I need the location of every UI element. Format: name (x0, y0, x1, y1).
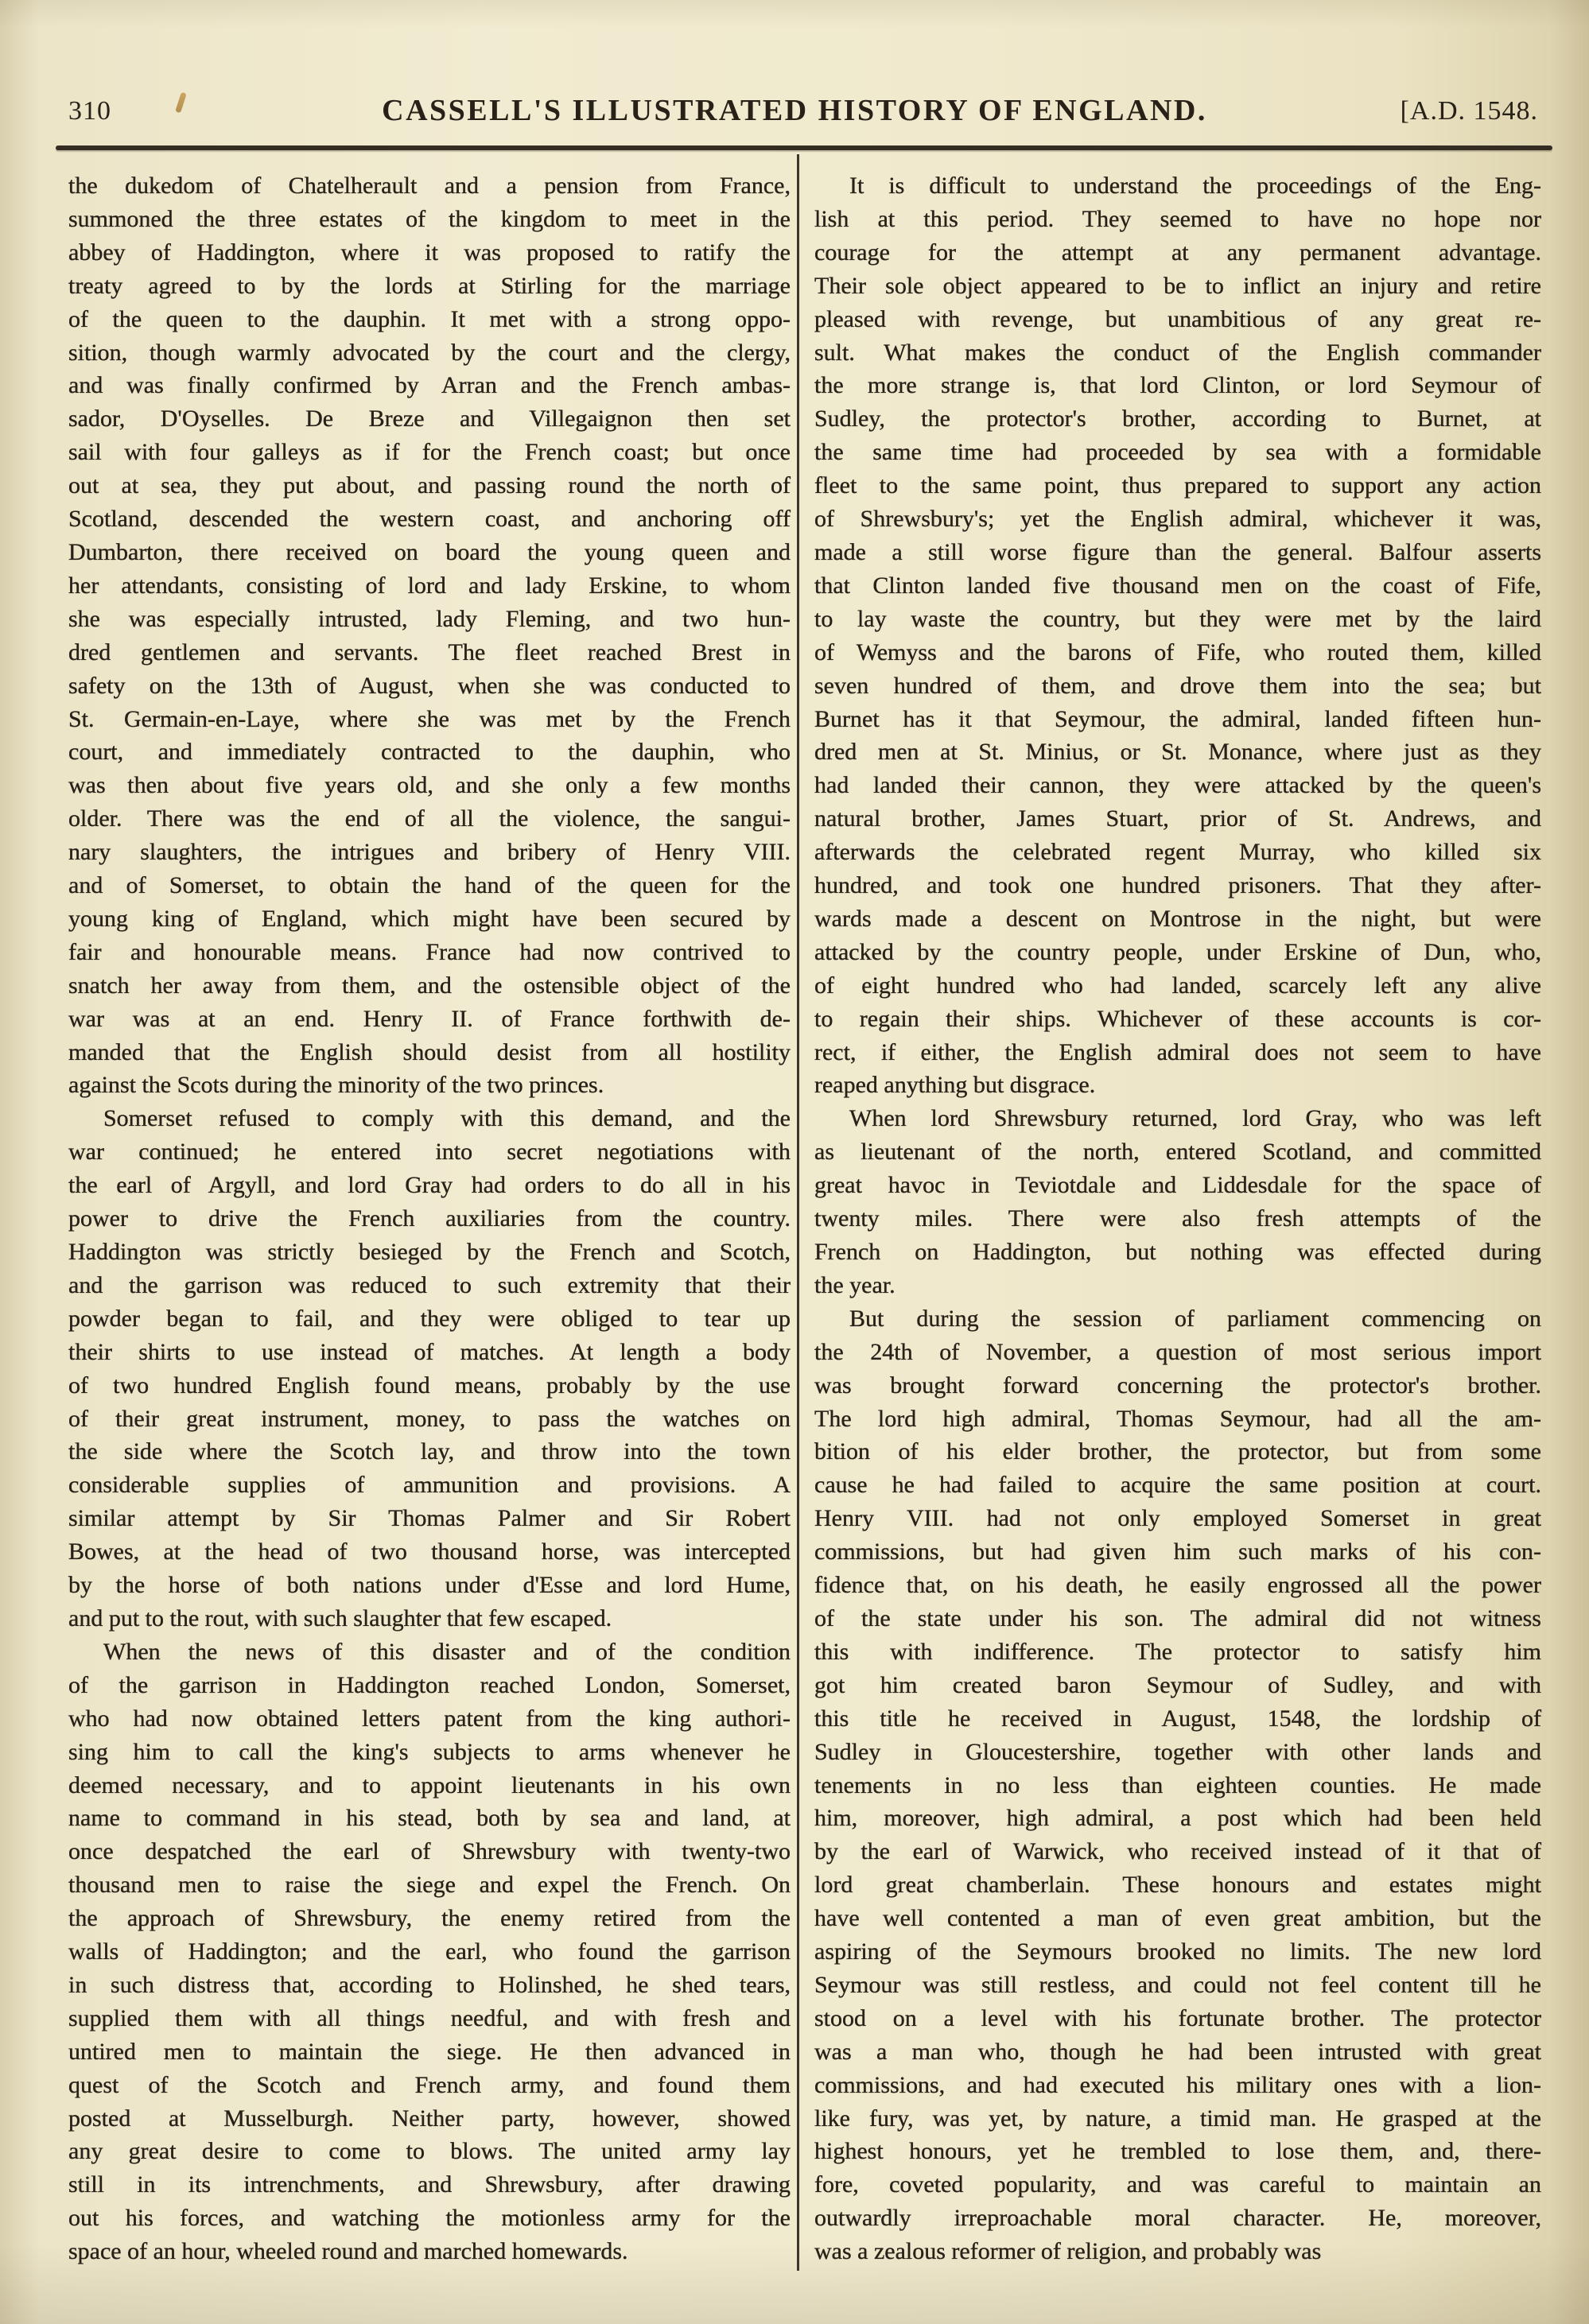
text-line: by the earl of Warwick, who received ins… (814, 1835, 1541, 1868)
text-line: was then about five years old, and she o… (68, 769, 791, 802)
text-line: But during the session of parliament com… (814, 1302, 1541, 1336)
text-line: Bowes, at the head of two thousand horse… (68, 1535, 791, 1569)
text-line: she was especially intrusted, lady Flemi… (68, 603, 791, 636)
text-line: commissions, and had executed his milita… (814, 2069, 1541, 2102)
text-line: deemed necessary, and to appoint lieuten… (68, 1769, 791, 1802)
text-line: fidence that, on his death, he easily en… (814, 1569, 1541, 1602)
text-line: the earl of Argyll, and lord Gray had or… (68, 1169, 791, 1202)
text-line: commissions, but had given him such mark… (814, 1535, 1541, 1569)
text-line: lord great chamberlain. These honours an… (814, 1868, 1541, 1902)
text-line: afterwards the celebrated regent Murray,… (814, 836, 1541, 869)
text-line: similar attempt by Sir Thomas Palmer and… (68, 1502, 791, 1535)
text-line: twenty miles. There were also fresh atte… (814, 1202, 1541, 1236)
left-column: the dukedom of Chatelherault and a pensi… (68, 169, 791, 2268)
text-line: as lieutenant of the north, entered Scot… (814, 1135, 1541, 1169)
text-line: considerable supplies of ammunition and … (68, 1469, 791, 1502)
text-line: space of an hour, wheeled round and marc… (68, 2235, 791, 2268)
text-line: seven hundred of them, and drove them in… (814, 669, 1541, 703)
text-line: the more strange is, that lord Clinton, … (814, 369, 1541, 402)
text-line: was brought forward concerning the prote… (814, 1369, 1541, 1403)
text-line: reaped anything but disgrace. (814, 1069, 1541, 1102)
text-line: by the horse of both nations under d'Ess… (68, 1569, 791, 1602)
text-line: that Clinton landed five thousand men on… (814, 569, 1541, 603)
text-line: manded that the English should desist fr… (68, 1036, 791, 1069)
text-line: wards made a descent on Montrose in the … (814, 902, 1541, 936)
text-line: and the garrison was reduced to such ext… (68, 1269, 791, 1302)
text-line: rect, if either, the English admiral doe… (814, 1036, 1541, 1069)
text-line: St. Germain-en-Laye, where she was met b… (68, 703, 791, 736)
text-line: posted at Musselburgh. Neither party, ho… (68, 2102, 791, 2136)
text-line: was a zealous reformer of religion, and … (814, 2235, 1541, 2268)
text-line: treaty agreed to by the lords at Stirlin… (68, 270, 791, 303)
text-line: Seymour was still restless, and could no… (814, 1969, 1541, 2002)
text-line: name to command in his stead, both by se… (68, 1802, 791, 1835)
text-line: fair and honourable means. France had no… (68, 936, 791, 969)
text-line: fore, coveted popularity, and was carefu… (814, 2168, 1541, 2202)
text-line: fleet to the same point, thus prepared t… (814, 469, 1541, 502)
text-line: who had now obtained letters patent from… (68, 1702, 791, 1736)
text-line: tenements in no less than eighteen count… (814, 1769, 1541, 1802)
text-line: their shirts to use instead of matches. … (68, 1336, 791, 1369)
text-line: outwardly irreproachable moral character… (814, 2202, 1541, 2235)
text-line: Haddington was strictly besieged by the … (68, 1236, 791, 1269)
text-line: court, and immediately contracted to the… (68, 735, 791, 769)
text-line: have well contented a man of even great … (814, 1902, 1541, 1935)
text-line: of two hundred English found means, prob… (68, 1369, 791, 1403)
text-line: highest honours, yet he trembled to lose… (814, 2135, 1541, 2168)
text-line: the approach of Shrewsbury, the enemy re… (68, 1902, 791, 1935)
text-line: was a man who, though he had been intrus… (814, 2035, 1541, 2069)
text-line: of the queen to the dauphin. It met with… (68, 303, 791, 336)
text-line: lish at this period. They seemed to have… (814, 203, 1541, 236)
text-line: of eight hundred who had landed, scarcel… (814, 969, 1541, 1003)
text-line: French on Haddington, but nothing was ef… (814, 1236, 1541, 1269)
text-line: snatch her away from them, and the osten… (68, 969, 791, 1003)
text-line: Dumbarton, there received on board the y… (68, 536, 791, 569)
text-line: the dukedom of Chatelherault and a pensi… (68, 169, 791, 203)
text-line: and was finally confirmed by Arran and t… (68, 369, 791, 402)
text-line: thousand men to raise the siege and expe… (68, 1868, 791, 1902)
text-line: Henry VIII. had not only employed Somers… (814, 1502, 1541, 1535)
text-line: walls of Haddington; and the earl, who f… (68, 1935, 791, 1969)
text-line: attacked by the country people, under Er… (814, 936, 1541, 969)
text-line: power to drive the French auxiliaries fr… (68, 1202, 791, 1236)
text-line: nary slaughters, the intrigues and bribe… (68, 836, 791, 869)
paragraph: It is difficult to understand the procee… (814, 169, 1541, 1102)
text-line: cause he had failed to acquire the same … (814, 1469, 1541, 1502)
text-line: made a still worse figure than the gener… (814, 536, 1541, 569)
text-line: dred men at St. Minius, or St. Monance, … (814, 735, 1541, 769)
text-line: aspiring of the Seymours brooked no limi… (814, 1935, 1541, 1969)
column-divider (797, 154, 799, 2271)
text-line: the 24th of November, a question of most… (814, 1336, 1541, 1369)
text-line: natural brother, James Stuart, prior of … (814, 802, 1541, 836)
paragraph: But during the session of parliament com… (814, 1302, 1541, 2268)
text-line: still in its intrenchments, and Shrewsbu… (68, 2168, 791, 2202)
text-line: sult. What makes the conduct of the Engl… (814, 336, 1541, 370)
text-line: of Shrewsbury's; yet the English admiral… (814, 502, 1541, 536)
text-line: of the garrison in Haddington reached Lo… (68, 1669, 791, 1702)
text-line: her attendants, consisting of lord and l… (68, 569, 791, 603)
text-line: courage for the attempt at any permanent… (814, 236, 1541, 270)
text-line: pleased with revenge, but unambitious of… (814, 303, 1541, 336)
header-rule (56, 145, 1552, 150)
text-line: stood on a level with his fortunate brot… (814, 2002, 1541, 2035)
text-line: The lord high admiral, Thomas Seymour, h… (814, 1403, 1541, 1436)
text-line: sition, though warmly advocated by the c… (68, 336, 791, 370)
text-line: young king of England, which might have … (68, 902, 791, 936)
paragraph: the dukedom of Chatelherault and a pensi… (68, 169, 791, 1102)
text-line: Sudley in Gloucestershire, together with… (814, 1736, 1541, 1769)
text-line: war continued; he entered into secret ne… (68, 1135, 791, 1169)
text-line: of the state under his son. The admiral … (814, 1602, 1541, 1635)
text-line: When the news of this disaster and of th… (68, 1635, 791, 1669)
text-line: this with indifference. The protector to… (814, 1635, 1541, 1669)
text-line: Scotland, descended the western coast, a… (68, 502, 791, 536)
text-line: great havoc in Teviotdale and Liddesdale… (814, 1169, 1541, 1202)
text-line: the same time had proceeded by sea with … (814, 436, 1541, 469)
text-line: dred gentlemen and servants. The fleet r… (68, 636, 791, 669)
text-line: Sudley, the protector's brother, accordi… (814, 402, 1541, 436)
text-line: untired men to maintain the siege. He th… (68, 2035, 791, 2069)
text-line: the side where the Scotch lay, and throw… (68, 1435, 791, 1469)
text-line: It is difficult to understand the procee… (814, 169, 1541, 203)
text-line: sing him to call the king's subjects to … (68, 1736, 791, 1769)
text-line: against the Scots during the minority of… (68, 1069, 791, 1102)
text-line: to regain their ships. Whichever of thes… (814, 1003, 1541, 1036)
text-line: in such distress that, according to Holi… (68, 1969, 791, 2002)
text-line: war was at an end. Henry II. of France f… (68, 1003, 791, 1036)
paragraph: When lord Shrewsbury returned, lord Gray… (814, 1102, 1541, 1302)
text-line: When lord Shrewsbury returned, lord Gray… (814, 1102, 1541, 1135)
book-page: 310 CASSELL'S ILLUSTRATED HISTORY OF ENG… (0, 0, 1589, 2324)
text-line: of their great instrument, money, to pas… (68, 1403, 791, 1436)
text-line: abbey of Haddington, where it was propos… (68, 236, 791, 270)
text-line: got him created baron Seymour of Sudley,… (814, 1669, 1541, 1702)
text-line: like fury, was yet, by nature, a timid m… (814, 2102, 1541, 2136)
text-line: quest of the Scotch and French army, and… (68, 2069, 791, 2102)
text-line: him, moreover, high admiral, a post whic… (814, 1802, 1541, 1835)
text-line: and put to the rout, with such slaughter… (68, 1602, 791, 1635)
text-line: powder began to fail, and they were obli… (68, 1302, 791, 1336)
text-line: bition of his elder brother, the protect… (814, 1435, 1541, 1469)
text-line: summoned the three estates of the kingdo… (68, 203, 791, 236)
text-line: and of Somerset, to obtain the hand of t… (68, 869, 791, 902)
text-line: safety on the 13th of August, when she w… (68, 669, 791, 703)
text-line: of Wemyss and the barons of Fife, who ro… (814, 636, 1541, 669)
text-line: any great desire to come to blows. The u… (68, 2135, 791, 2168)
text-line: sail with four galleys as if for the Fre… (68, 436, 791, 469)
text-line: out at sea, they put about, and passing … (68, 469, 791, 502)
text-line: had landed their cannon, they were attac… (814, 769, 1541, 802)
text-line: older. There was the end of all the viol… (68, 802, 791, 836)
paragraph: Somerset refused to comply with this dem… (68, 1102, 791, 1635)
paragraph: When the news of this disaster and of th… (68, 1635, 791, 2268)
text-line: sador, D'Oyselles. De Breze and Villegai… (68, 402, 791, 436)
text-line: supplied them with all things needful, a… (68, 2002, 791, 2035)
text-line: Their sole object appeared to be to infl… (814, 270, 1541, 303)
text-line: out his forces, and watching the motionl… (68, 2202, 791, 2235)
text-line: once despatched the earl of Shrewsbury w… (68, 1835, 791, 1868)
text-line: the year. (814, 1269, 1541, 1302)
text-line: Somerset refused to comply with this dem… (68, 1102, 791, 1135)
running-title: CASSELL'S ILLUSTRATED HISTORY OF ENGLAND… (0, 93, 1589, 128)
text-line: this title he received in August, 1548, … (814, 1702, 1541, 1736)
text-line: Burnet has it that Seymour, the admiral,… (814, 703, 1541, 736)
right-column: It is difficult to understand the procee… (814, 169, 1541, 2268)
text-line: to lay waste the country, but they were … (814, 603, 1541, 636)
date-marker: [A.D. 1548. (1401, 96, 1538, 126)
text-line: hundred, and took one hundred prisoners.… (814, 869, 1541, 902)
